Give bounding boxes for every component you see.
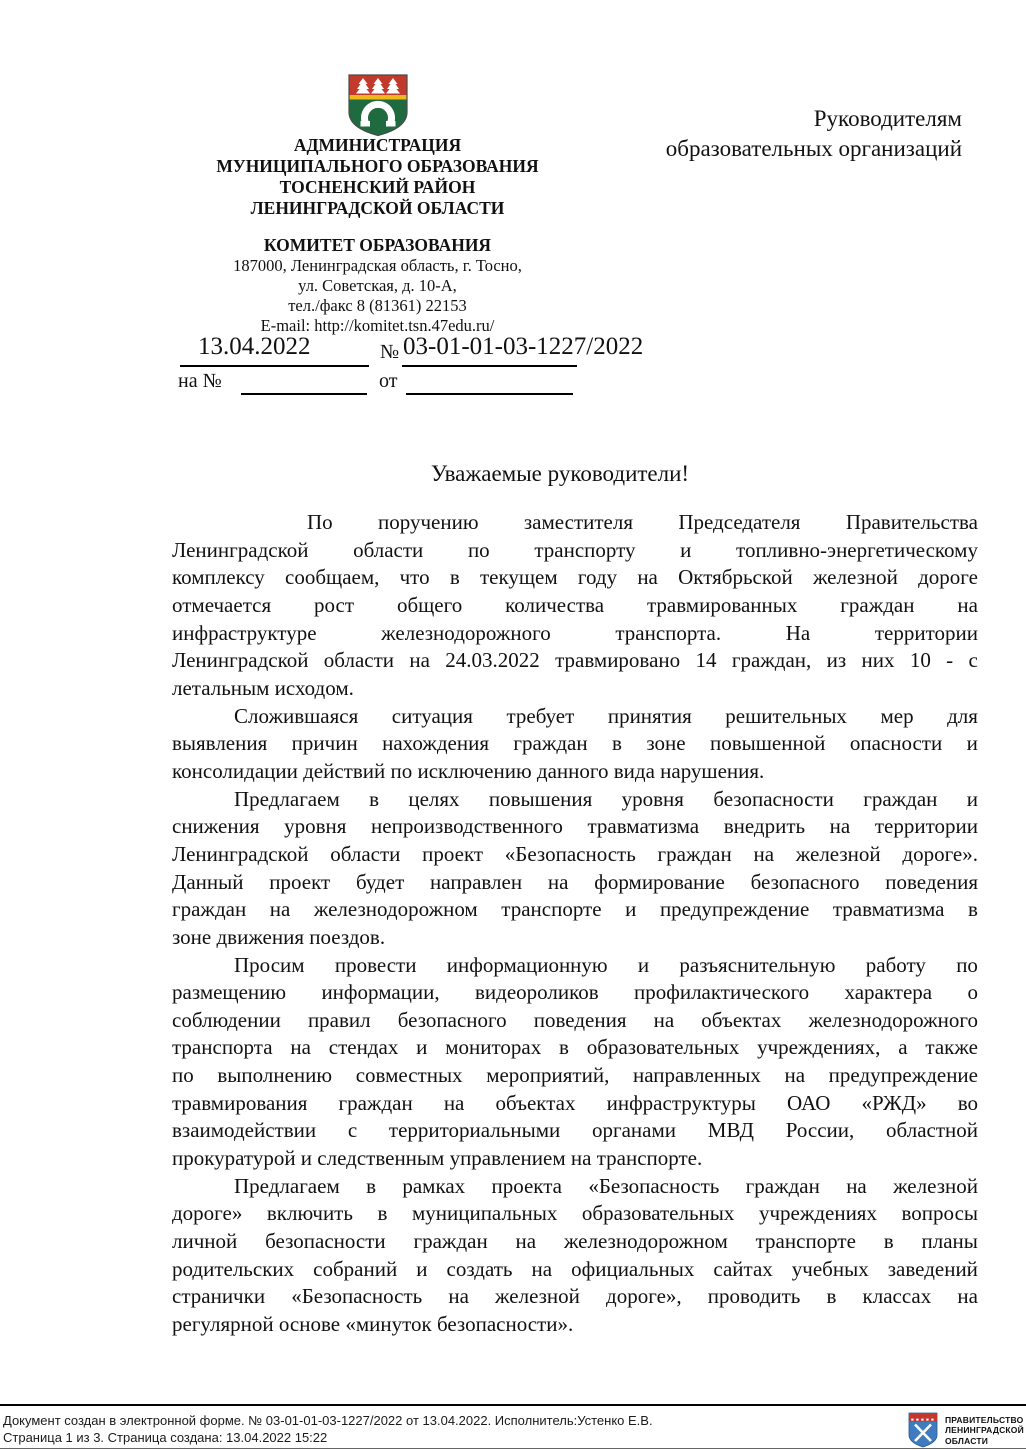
organization-name-line: ЛЕНИНГРАДСКОЙ ОБЛАСТИ bbox=[150, 198, 605, 219]
recipient-line: Руководителям bbox=[666, 104, 962, 134]
body-line: прокуратурой и следственным управлением … bbox=[172, 1145, 978, 1173]
organization-name-line: ТОСНЕНСКИЙ РАЙОН bbox=[150, 177, 605, 198]
body-line: инфраструктурежелезнодорожноготранспорта… bbox=[172, 620, 978, 648]
body-line: дороге»включитьвмуниципальныхобразовател… bbox=[172, 1200, 978, 1228]
recipient-block: Руководителямобразовательных организаций bbox=[666, 104, 962, 164]
body-line: повыполнениюсовместныхмероприятий,направ… bbox=[172, 1062, 978, 1090]
reply-to-number-label: на № bbox=[178, 370, 222, 393]
body-line: Просимпровестиинформационнуюиразъяснител… bbox=[172, 952, 978, 980]
government-logo-text-line: ПРАВИТЕЛЬСТВО bbox=[945, 1415, 1024, 1425]
body-line: выявленияпричиннахождениягражданвзонепов… bbox=[172, 730, 978, 758]
body-line: регулярной основе «минуток безопасности»… bbox=[172, 1311, 978, 1339]
body-line: летальным исходом. bbox=[172, 675, 978, 703]
contact-address-line: 187000, Ленинградская область, г. Тосно, bbox=[150, 256, 605, 276]
body-line: Ленинградскойобластина24.03.2022травмиро… bbox=[172, 647, 978, 675]
body-line: ПопоручениюзаместителяПредседателяПравит… bbox=[172, 509, 978, 537]
body-line: Предлагаемвцеляхповышенияуровнябезопасно… bbox=[172, 786, 978, 814]
page-bottom-edge bbox=[0, 1448, 1026, 1449]
body-line: размещениюинформации,видеороликовпрофила… bbox=[172, 979, 978, 1007]
body-line: Данныйпроектбудетнаправленнаформирование… bbox=[172, 869, 978, 897]
number-underline bbox=[402, 365, 577, 367]
organization-name: АДМИНИСТРАЦИЯМУНИЦИПАЛЬНОГО ОБРАЗОВАНИЯТ… bbox=[150, 135, 605, 219]
body-line: странички«Безопасностьнажелезнойдороге»,… bbox=[172, 1283, 978, 1311]
document-number: 03-01-01-03-1227/2022 bbox=[403, 333, 643, 361]
body-line: Сложившаясяситуациятребуетпринятиярешите… bbox=[172, 703, 978, 731]
date-underline bbox=[180, 365, 369, 367]
body-line: консолидации действий по исключению данн… bbox=[172, 758, 978, 786]
body-line: личнойбезопасностигражданнажелезнодорожн… bbox=[172, 1228, 978, 1256]
body-line: родительскихсобранийисоздатьнаофициальны… bbox=[172, 1256, 978, 1284]
document-page: АДМИНИСТРАЦИЯМУНИЦИПАЛЬНОГО ОБРАЗОВАНИЯТ… bbox=[0, 0, 1026, 1450]
body-line: транспортанастендахимониторахвобразовате… bbox=[172, 1034, 978, 1062]
body-line: сниженияуровнянепроизводственноготравмат… bbox=[172, 813, 978, 841]
government-logo-text: ПРАВИТЕЛЬСТВОЛЕНИНГРАДСКОЙОБЛАСТИ bbox=[945, 1415, 1024, 1446]
body-line: комплексусообщаем,чтовтекущемгодунаОктяб… bbox=[172, 564, 978, 592]
paragraph: Предлагаемврамкахпроекта«Безопасностьгра… bbox=[172, 1173, 978, 1339]
contact-address: 187000, Ленинградская область, г. Тосно,… bbox=[150, 256, 605, 336]
document-date: 13.04.2022 bbox=[198, 333, 311, 361]
contact-address-line: ул. Советская, д. 10-А, bbox=[150, 276, 605, 296]
body-line: Ленинградскойобластипотранспортуитопливн… bbox=[172, 537, 978, 565]
tosno-coat-of-arms-icon bbox=[150, 74, 605, 137]
body-line: гражданнажелезнодорожномтранспортеипреду… bbox=[172, 896, 978, 924]
department-name: КОМИТЕТ ОБРАЗОВАНИЯ bbox=[150, 235, 605, 256]
organization-name-line: АДМИНИСТРАЦИЯ bbox=[150, 135, 605, 156]
footer-page-info: Страница 1 из 3. Страница создана: 13.04… bbox=[3, 1430, 327, 1445]
salutation: Уважаемые руководители! bbox=[160, 461, 960, 487]
footer-document-info: Документ создан в электронной форме. № 0… bbox=[3, 1413, 653, 1428]
paragraph: Сложившаясяситуациятребуетпринятиярешите… bbox=[172, 703, 978, 786]
reply-date-blank-line bbox=[406, 393, 573, 395]
letter-body: ПопоручениюзаместителяПредседателяПравит… bbox=[172, 509, 978, 1339]
body-line: Ленинградскойобластипроект«Безопасностьг… bbox=[172, 841, 978, 869]
paragraph: Просимпровестиинформационнуюиразъяснител… bbox=[172, 952, 978, 1173]
body-line: травмированиягражданнаобъектахинфраструк… bbox=[172, 1090, 978, 1118]
paragraph: ПопоручениюзаместителяПредседателяПравит… bbox=[172, 509, 978, 703]
body-line: Предлагаемврамкахпроекта«Безопасностьгра… bbox=[172, 1173, 978, 1201]
contact-address-line: тел./факс 8 (81361) 22153 bbox=[150, 296, 605, 316]
reply-from-label: от bbox=[379, 370, 397, 393]
paragraph: Предлагаемвцеляхповышенияуровнябезопасно… bbox=[172, 786, 978, 952]
body-line: зоне движения поездов. bbox=[172, 924, 978, 952]
leningrad-oblast-emblem-icon bbox=[908, 1412, 938, 1450]
government-logo-text-line: ЛЕНИНГРАДСКОЙ bbox=[945, 1425, 1024, 1435]
letterhead: АДМИНИСТРАЦИЯМУНИЦИПАЛЬНОГО ОБРАЗОВАНИЯТ… bbox=[150, 74, 605, 336]
body-line: соблюденииправилбезопасногоповедениянаоб… bbox=[172, 1007, 978, 1035]
recipient-line: образовательных организаций bbox=[666, 134, 962, 164]
body-line: взаимодействиистерриториальнымиорганамиМ… bbox=[172, 1117, 978, 1145]
government-logo-text-line: ОБЛАСТИ bbox=[945, 1436, 1024, 1446]
reply-number-blank-line bbox=[241, 393, 367, 395]
footer-separator-line bbox=[0, 1404, 1026, 1406]
body-line: отмечаетсяростобщегоколичестватравмирова… bbox=[172, 592, 978, 620]
number-label: № bbox=[380, 341, 399, 364]
organization-name-line: МУНИЦИПАЛЬНОГО ОБРАЗОВАНИЯ bbox=[150, 156, 605, 177]
